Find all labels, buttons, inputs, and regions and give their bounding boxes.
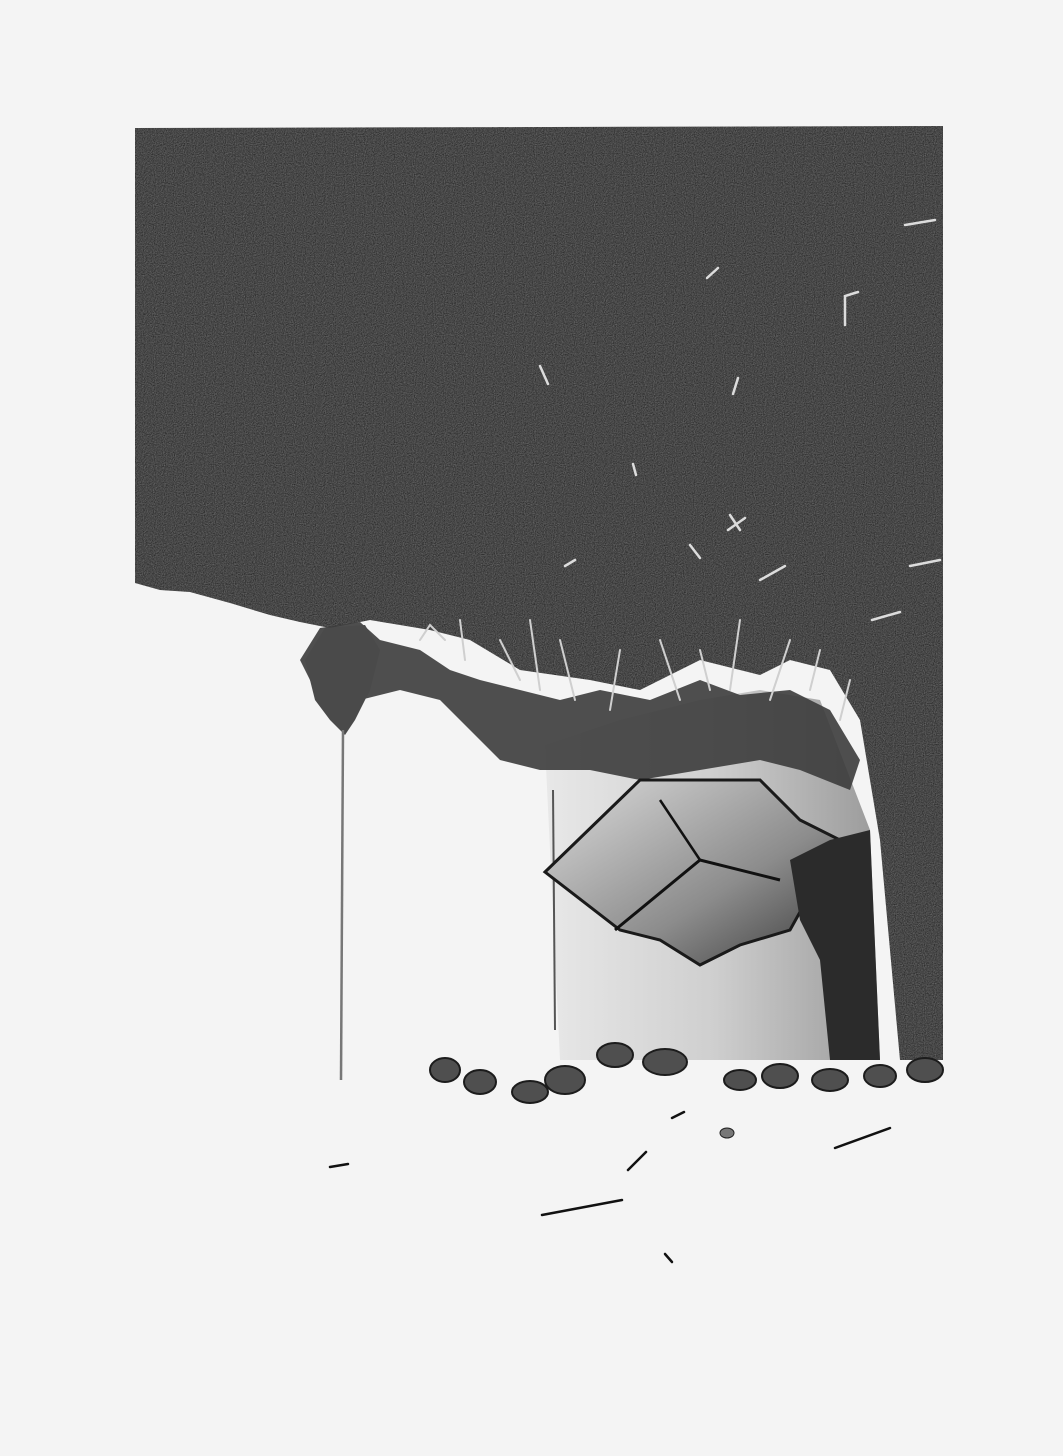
drawing-canvas bbox=[0, 0, 1063, 1456]
floor-debris bbox=[330, 1112, 890, 1262]
floor-pebble bbox=[720, 1128, 734, 1138]
drip-left bbox=[341, 730, 343, 1080]
